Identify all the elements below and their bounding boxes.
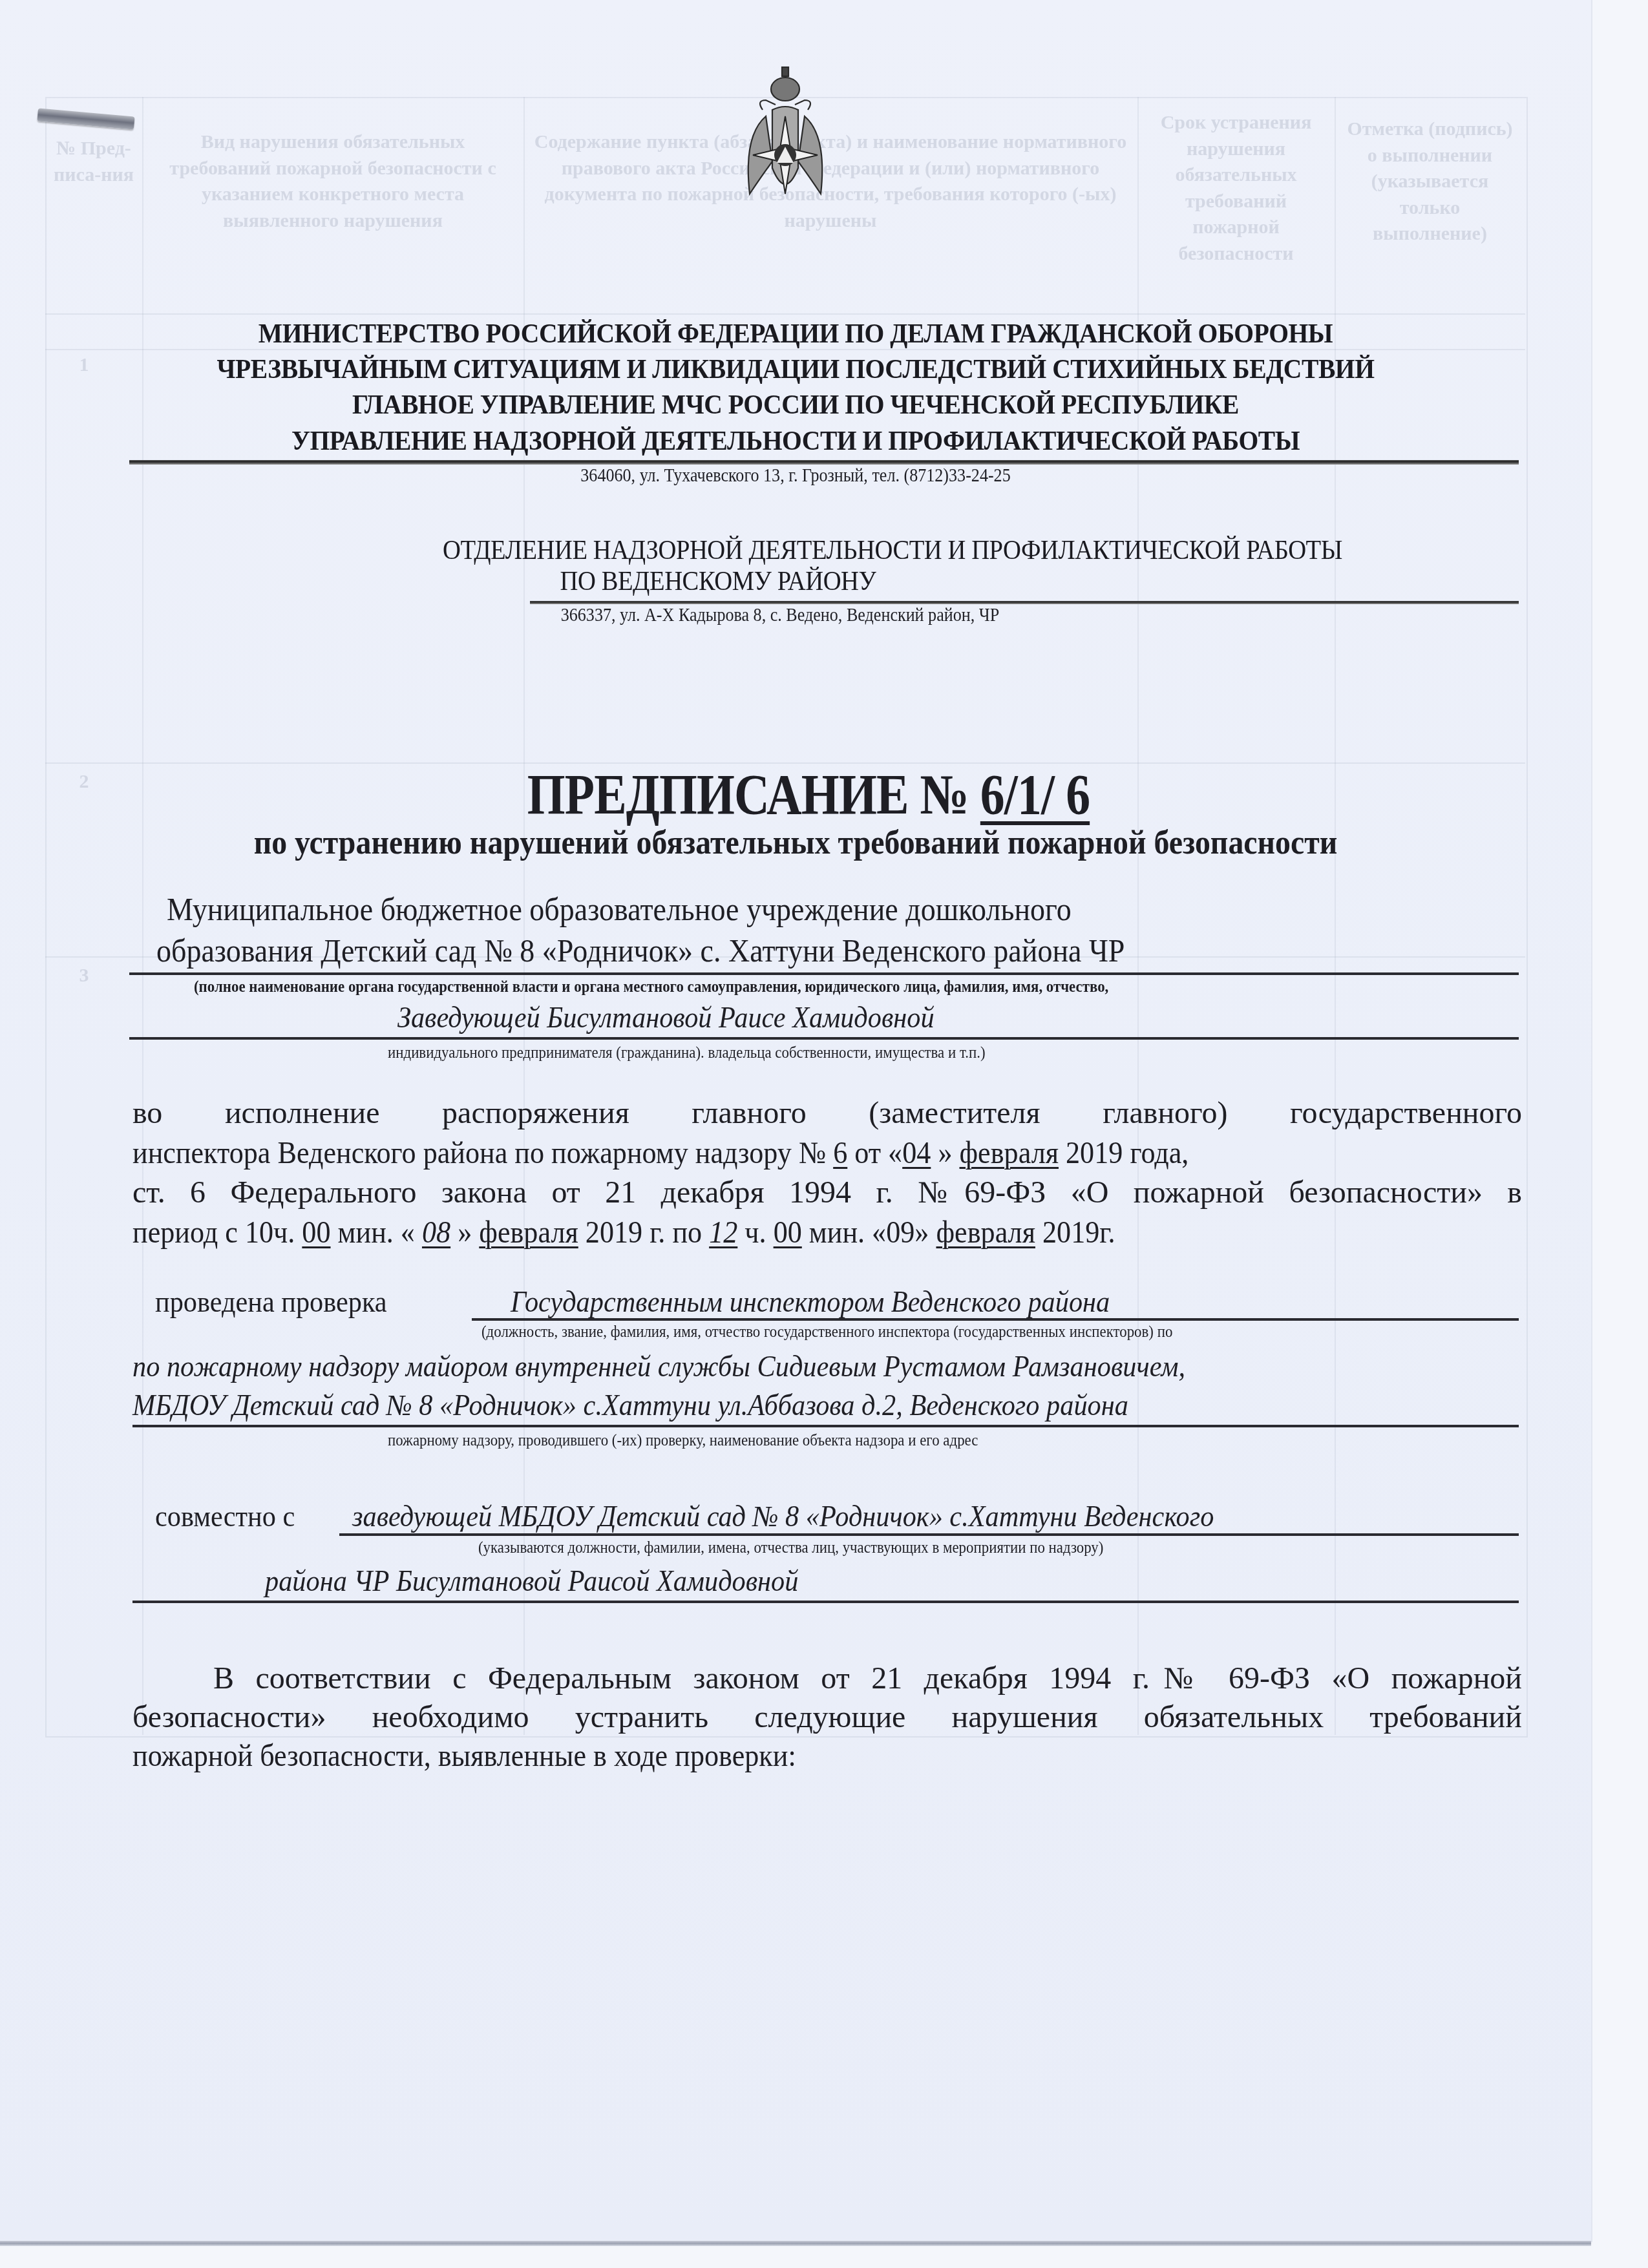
- department-line-1: ОТДЕЛЕНИЕ НАДЗОРНОЙ ДЕЯТЕЛЬНОСТИ И ПРОФИ…: [160, 535, 1624, 566]
- participants-line-1: заведующей МБДОУ Детский сад № 8 «Роднич…: [352, 1499, 1214, 1533]
- end-month: февраля: [936, 1215, 1035, 1250]
- inspection-caption-1: (должность, звание, фамилия, имя, отчест…: [481, 1322, 1172, 1341]
- start-day: 08: [422, 1215, 450, 1250]
- participants-line-2: района ЧР Бисултановой Раисой Хамидовной: [265, 1564, 798, 1598]
- conclusion-line-2: безопасности» необходимо устранить следу…: [132, 1699, 1522, 1735]
- ministry-line-1: МИНИСТЕРСТВО РОССИЙСКОЙ ФЕДЕРАЦИИ ПО ДЕЛ…: [63, 318, 1527, 350]
- order-day: 04: [902, 1136, 931, 1170]
- ministry-address: 364060, ул. Тухачевского 13, г. Грозный,…: [79, 465, 1512, 487]
- bleed-col-header: Срок устранения нарушения обязательных т…: [1144, 110, 1328, 267]
- order-line-3: ст. 6 Федерального закона от 21 декабря …: [132, 1175, 1522, 1210]
- bleed-col-header: Отметка (подпись) о выполнении (указывае…: [1341, 116, 1519, 247]
- order-period-line: период с 10ч. 00 мин. « 08 » февраля 201…: [132, 1215, 1115, 1250]
- order-line-1: во исполнение распоряжения главного (зам…: [132, 1095, 1522, 1131]
- recipient-person: Заведующей Бисултановой Раисе Хамидовной: [397, 1000, 935, 1034]
- department-divider: [530, 601, 1519, 604]
- inspection-caption-2: пожарному надзору, проводившего (-их) пр…: [388, 1431, 978, 1450]
- document-page: № Пред-писа-ния Вид нарушения обязательн…: [0, 0, 1592, 2242]
- recipient-caption-1: (полное наименование органа государствен…: [194, 977, 1108, 996]
- document-subtitle: по устранению нарушений обязательных тре…: [63, 824, 1527, 862]
- start-minute: 00: [302, 1215, 330, 1250]
- department-address: 366337, ул. А-Х Кадырова 8, с. Ведено, В…: [561, 605, 1000, 626]
- inspector-line-1: Государственным инспектором Веденского р…: [511, 1285, 1110, 1319]
- recipient-org-line-1: Муниципальное бюджетное образовательное …: [167, 890, 1072, 928]
- recipient-org-line-2: образования Детский сад № 8 «Родничок» с…: [156, 932, 1125, 969]
- conclusion-line-1: В соответствии с Федеральным законом от …: [213, 1661, 1522, 1696]
- ministry-line-2: ЧРЕЗВЫЧАЙНЫМ СИТУАЦИЯМ И ЛИКВИДАЦИИ ПОСЛ…: [63, 353, 1527, 385]
- end-minute: 00: [774, 1215, 802, 1250]
- page-edge: [0, 2241, 1591, 2246]
- recipient-caption-2: индивидуального предпринимателя (граждан…: [388, 1043, 985, 1062]
- start-month: февраля: [479, 1215, 578, 1250]
- inspection-object: МБДОУ Детский сад № 8 «Родничок» с.Хатту…: [132, 1388, 1128, 1422]
- ministry-line-3: ГЛАВНОЕ УПРАВЛЕНИЕ МЧС РОССИИ ПО ЧЕЧЕНСК…: [63, 389, 1527, 421]
- inspector-line-2: по пожарному надзору майором внутренней …: [132, 1349, 1185, 1383]
- emchs-eagle-emblem-icon: [737, 65, 834, 207]
- header-divider: [129, 460, 1519, 465]
- department-line-2: ПО ВЕДЕНСКОМУ РАЙОНУ: [0, 566, 1450, 597]
- ministry-line-4: УПРАВЛЕНИЕ НАДЗОРНОЙ ДЕЯТЕЛЬНОСТИ И ПРОФ…: [63, 425, 1527, 457]
- jointly-caption: (указываются должности, фамилии, имена, …: [478, 1538, 1103, 1557]
- order-line-2: инспектора Веденского района по пожарном…: [132, 1135, 1188, 1171]
- document-title: ПРЕДПИСАНИЕ № 6/1/ 6: [124, 762, 1492, 828]
- inspection-label: проведена проверка: [155, 1285, 387, 1319]
- bleed-col-header: Вид нарушения обязательных требований по…: [149, 129, 517, 234]
- order-number: 6: [833, 1136, 847, 1170]
- conclusion-line-3: пожарной безопасности, выявленные в ходе…: [132, 1738, 796, 1774]
- prescription-number: 6/1/ 6: [980, 764, 1090, 826]
- jointly-label: совместно с: [155, 1499, 295, 1533]
- end-hour: 12: [709, 1215, 737, 1250]
- order-month: февраля: [960, 1136, 1059, 1170]
- bleed-col-header: № Пред-писа-ния: [52, 136, 136, 188]
